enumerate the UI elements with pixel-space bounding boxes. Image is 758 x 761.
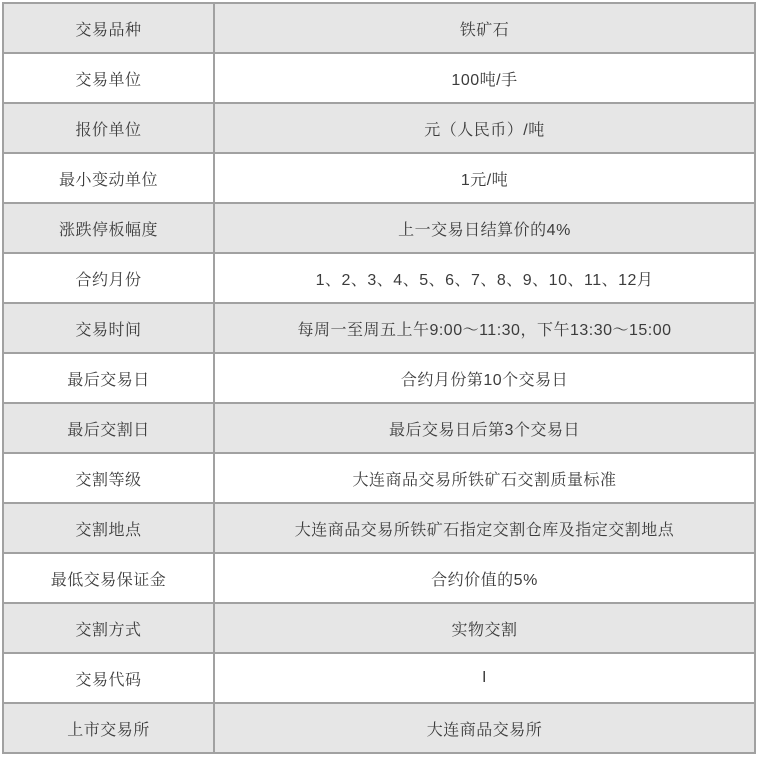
table-row: 交割等级大连商品交易所铁矿石交割质量标准 [3, 453, 755, 503]
row-value: 大连商品交易所铁矿石指定交割仓库及指定交割地点 [214, 503, 755, 553]
row-label: 交易时间 [3, 303, 214, 353]
row-value: 合约月份第10个交易日 [214, 353, 755, 403]
row-label: 交割等级 [3, 453, 214, 503]
row-value: 大连商品交易所铁矿石交割质量标准 [214, 453, 755, 503]
table-row: 涨跌停板幅度上一交易日结算价的4% [3, 203, 755, 253]
table-row: 交易代码I [3, 653, 755, 703]
row-value: 1、2、3、4、5、6、7、8、9、10、11、12月 [214, 253, 755, 303]
row-value: 合约价值的5% [214, 553, 755, 603]
row-label: 交易单位 [3, 53, 214, 103]
table-row: 上市交易所大连商品交易所 [3, 703, 755, 753]
row-value: 100吨/手 [214, 53, 755, 103]
table-row: 最后交易日合约月份第10个交易日 [3, 353, 755, 403]
row-label: 交易品种 [3, 3, 214, 53]
table-row: 交割方式实物交割 [3, 603, 755, 653]
contract-spec-table-body: 交易品种铁矿石交易单位100吨/手报价单位元（人民币）/吨最小变动单位1元/吨涨… [3, 3, 755, 753]
table-row: 交割地点大连商品交易所铁矿石指定交割仓库及指定交割地点 [3, 503, 755, 553]
row-label: 报价单位 [3, 103, 214, 153]
row-label: 涨跌停板幅度 [3, 203, 214, 253]
row-value: 最后交易日后第3个交易日 [214, 403, 755, 453]
row-value: 铁矿石 [214, 3, 755, 53]
row-label: 最低交易保证金 [3, 553, 214, 603]
table-row: 最后交割日最后交易日后第3个交易日 [3, 403, 755, 453]
row-value: 1元/吨 [214, 153, 755, 203]
row-label: 最后交割日 [3, 403, 214, 453]
row-label: 交割方式 [3, 603, 214, 653]
row-label: 上市交易所 [3, 703, 214, 753]
row-value: I [214, 653, 755, 703]
row-label: 最后交易日 [3, 353, 214, 403]
table-row: 交易时间每周一至周五上午9:00～11:30，下午13:30～15:00 [3, 303, 755, 353]
table-row: 最小变动单位1元/吨 [3, 153, 755, 203]
table-row: 合约月份1、2、3、4、5、6、7、8、9、10、11、12月 [3, 253, 755, 303]
contract-spec-table: 交易品种铁矿石交易单位100吨/手报价单位元（人民币）/吨最小变动单位1元/吨涨… [2, 2, 756, 754]
table-row: 最低交易保证金合约价值的5% [3, 553, 755, 603]
row-label: 交割地点 [3, 503, 214, 553]
row-label: 交易代码 [3, 653, 214, 703]
row-value: 元（人民币）/吨 [214, 103, 755, 153]
row-value: 大连商品交易所 [214, 703, 755, 753]
row-value: 每周一至周五上午9:00～11:30，下午13:30～15:00 [214, 303, 755, 353]
table-row: 报价单位元（人民币）/吨 [3, 103, 755, 153]
row-label: 合约月份 [3, 253, 214, 303]
row-label: 最小变动单位 [3, 153, 214, 203]
table-row: 交易品种铁矿石 [3, 3, 755, 53]
row-value: 实物交割 [214, 603, 755, 653]
table-row: 交易单位100吨/手 [3, 53, 755, 103]
row-value: 上一交易日结算价的4% [214, 203, 755, 253]
